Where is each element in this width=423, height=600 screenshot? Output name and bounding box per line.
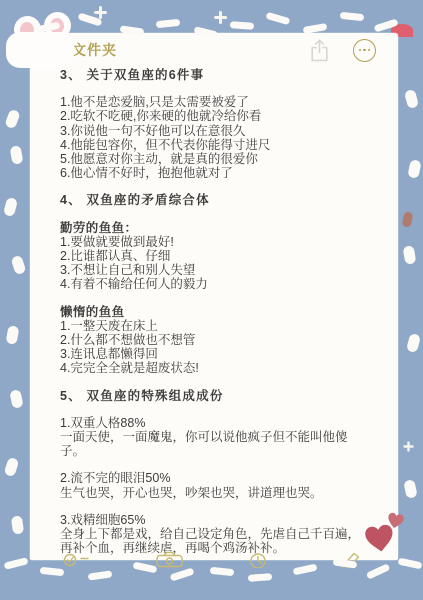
note-line: 2.流不完的眼泪50% [60,471,372,485]
note-line: 1.一整天废在床上 [60,319,372,333]
tape-dash [88,570,113,580]
tape-dash [170,567,195,581]
tape-blob [406,333,421,353]
share-icon[interactable] [310,39,329,62]
note-line: 1.双重人格88% [60,416,372,430]
tape-blob [10,255,26,276]
section-heading: 3、 关于双鱼座的6件事 [60,68,372,82]
tape-blob [3,197,18,217]
note-line: 4.他能包容你，但不代表你能得寸进尺 [60,138,372,152]
tape-blob [403,245,417,265]
border-blob-decoration [402,211,414,228]
tape-dash [303,23,328,34]
subsection-heading: 懒惰的鱼鱼 [60,305,372,319]
note-line: 6.他心情不好时，抱抱他就对了 [60,166,372,180]
more-options-button[interactable] [353,39,376,62]
tape-dash [248,573,272,581]
section-heading: 5、 双鱼座的特殊组成成份 [60,389,372,403]
checklist-icon[interactable] [65,555,89,566]
tape-blob [6,325,20,345]
subsection-heading: 勤劳的鱼鱼： [60,221,372,235]
note-line: 2.比谁都认真、仔细 [60,249,372,263]
tape-blob [404,89,419,109]
note-line: 3.你说他一句不好他可以在意很久 [60,124,372,138]
tape-blob [407,159,422,179]
note-line: 4.有着不输给任何人的毅力 [60,277,372,291]
tape-dash [210,567,235,576]
camera-icon[interactable] [157,553,182,567]
note-line: 2.吃软不吃硬,你来硬的他就冷给你看 [60,109,372,123]
note-line: 3.戏精细胞65% [60,513,372,527]
tape-dash [398,558,423,569]
note-line: 5.他愿意对你主动，就是真的很爱你 [60,152,372,166]
tape-dash [4,557,29,569]
tape-blob [3,457,19,478]
tape-blob [4,109,20,130]
heart-icon [384,510,406,531]
tape-blob [9,389,24,409]
note-line: 1.要做就要做到最好! [60,235,372,249]
tape-dash [156,19,181,28]
tape-blob [10,145,24,165]
tape-blob [11,515,24,534]
bunny-ears-sticker [6,12,82,72]
note-line: 2.什么都不想做也不想管 [60,333,372,347]
notes-toolbar-peek [60,551,370,568]
sparkle-icon [403,441,413,451]
tape-blob [403,479,418,499]
note-line: 4.完完全全就是超废状态! [60,361,372,375]
tape-dash [266,12,291,25]
section-heading: 4、 双鱼座的矛盾综合体 [60,193,372,207]
tape-dash [40,567,65,576]
note-line: 一面天使，一面魔鬼，你可以说他疯子但不能叫他傻子。 [60,430,372,458]
clock-icon[interactable] [251,554,265,568]
note-line: 生气也哭，开心也哭，吵架也哭，讲道理也哭。 [60,486,372,500]
ellipsis-icon [359,49,362,52]
note-line: 3.连讯息都懒得回 [60,347,372,361]
note-line: 3.不想让自己和别人失望 [60,263,372,277]
note-card: 文件夹 3、 关于双鱼座的6件事 1.他不是恋爱脑,只是太需要被爱了 2.吃软不… [30,33,398,560]
note-line: 1.他不是恋爱脑,只是太需要被爱了 [60,95,372,109]
note-content[interactable]: 3、 关于双鱼座的6件事 1.他不是恋爱脑,只是太需要被爱了 2.吃软不吃硬,你… [30,61,398,555]
screen: 文件夹 3、 关于双鱼座的6件事 1.他不是恋爱脑,只是太需要被爱了 2.吃软不… [0,0,423,600]
tape-dash [340,12,365,21]
sparkle-icon [214,11,227,24]
tape-dash [230,21,254,29]
